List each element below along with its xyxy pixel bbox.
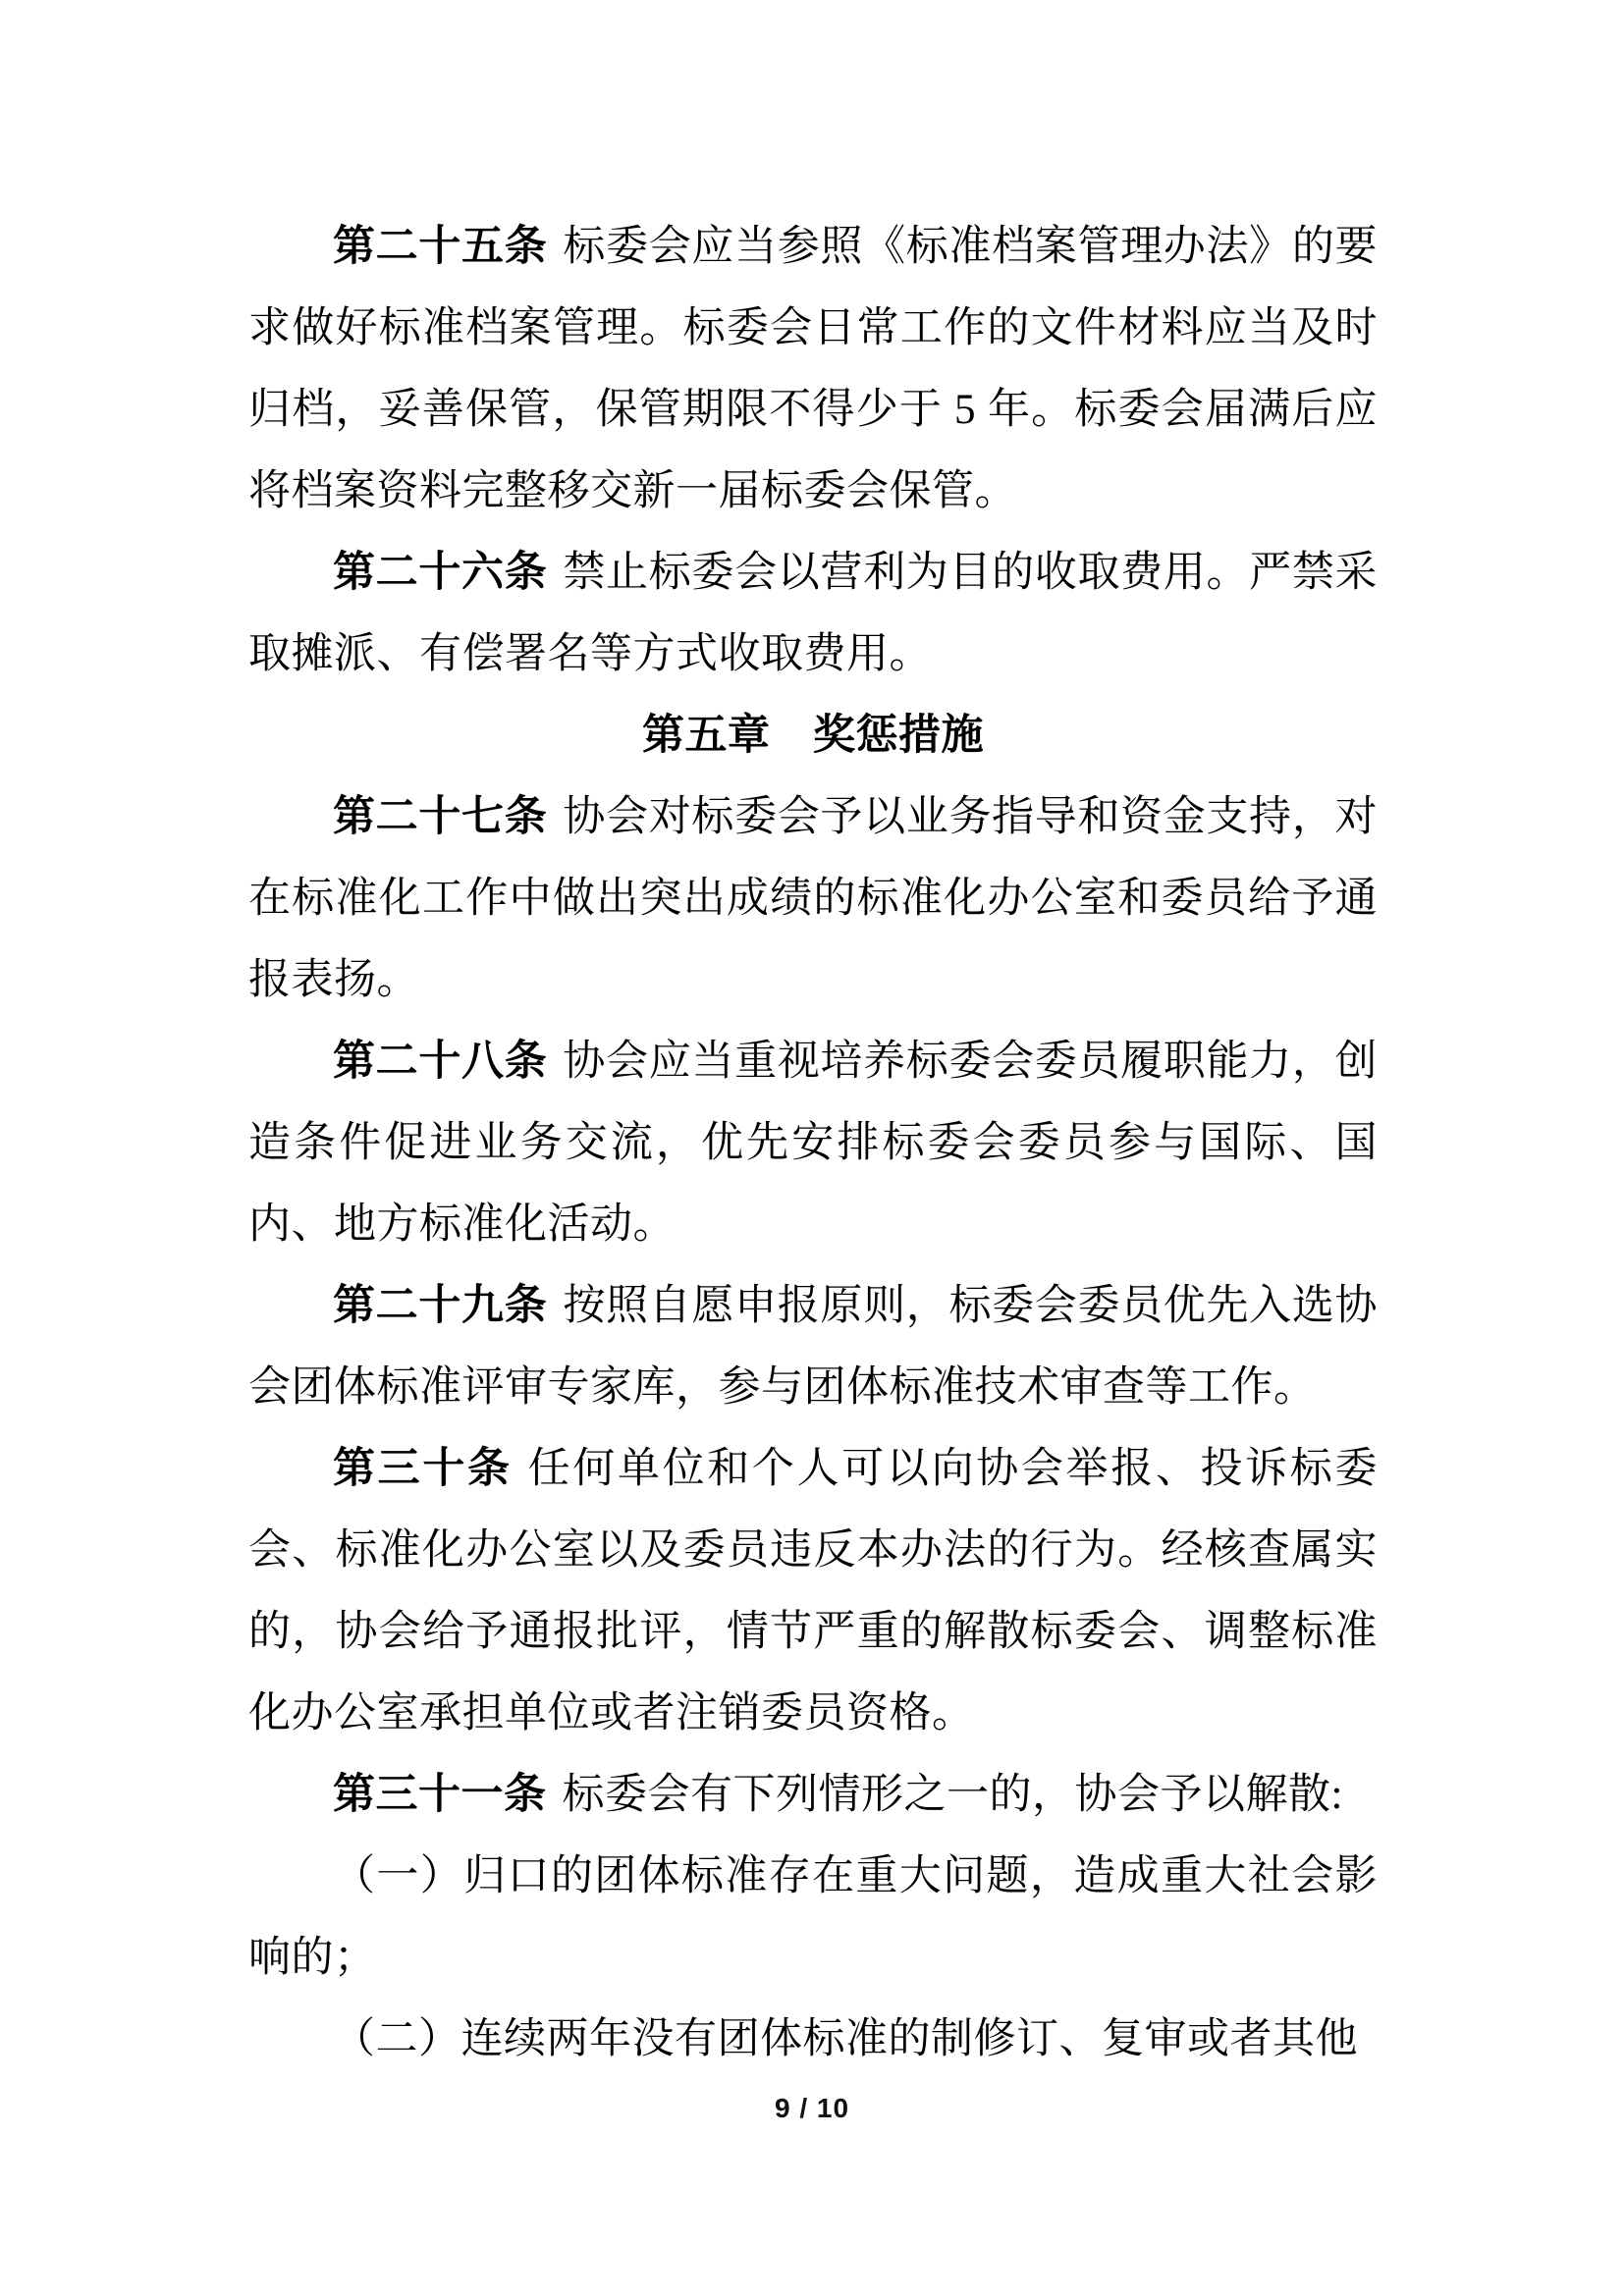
article-28-paragraph: 第二十八条协会应当重视培养标委会委员履职能力，创造条件促进业务交流，优先安排标委… [248,1021,1378,1265]
article-28-number: 第二十八条 [333,1038,547,1085]
clause-item-2: （二）连续两年没有团体标准的制修订、复审或者其他 [248,1999,1378,2080]
article-30-paragraph: 第三十条任何单位和个人可以向协会举报、投诉标委会、标准化办公室以及委员违反本办法… [248,1428,1378,1754]
article-31-number: 第三十一条 [333,1771,547,1818]
article-26-paragraph: 第二十六条禁止标委会以营利为目的收取费用。严禁采取摊派、有偿署名等方式收取费用。 [248,532,1378,695]
clause-item-1: （一）归口的团体标准存在重大问题，造成重大社会影响的； [248,1836,1378,1999]
article-29-number: 第二十九条 [333,1282,547,1329]
article-29-paragraph: 第二十九条按照自愿申报原则，标委会委员优先入选协会团体标准评审专家库，参与团体标… [248,1265,1378,1428]
page-number: 9 / 10 [0,2087,1624,2130]
chapter-heading: 第五章 奖惩措施 [248,695,1378,776]
document-body: 第二十五条标委会应当参照《标准档案管理办法》的要求做好标准档案管理。标委会日常工… [248,206,1378,2080]
article-25-number: 第二十五条 [333,223,547,270]
article-25-paragraph: 第二十五条标委会应当参照《标准档案管理办法》的要求做好标准档案管理。标委会日常工… [248,206,1378,532]
document-page: 第二十五条标委会应当参照《标准档案管理办法》的要求做好标准档案管理。标委会日常工… [0,0,1624,2296]
article-27-paragraph: 第二十七条协会对标委会予以业务指导和资金支持，对在标准化工作中做出突出成绩的标准… [248,776,1378,1021]
article-27-number: 第二十七条 [333,793,547,840]
article-31-text: 标委会有下列情形之一的，协会予以解散: [563,1772,1343,1818]
article-31-paragraph: 第三十一条标委会有下列情形之一的，协会予以解散: [248,1754,1378,1836]
article-30-number: 第三十条 [333,1445,513,1492]
article-26-number: 第二十六条 [333,549,547,596]
